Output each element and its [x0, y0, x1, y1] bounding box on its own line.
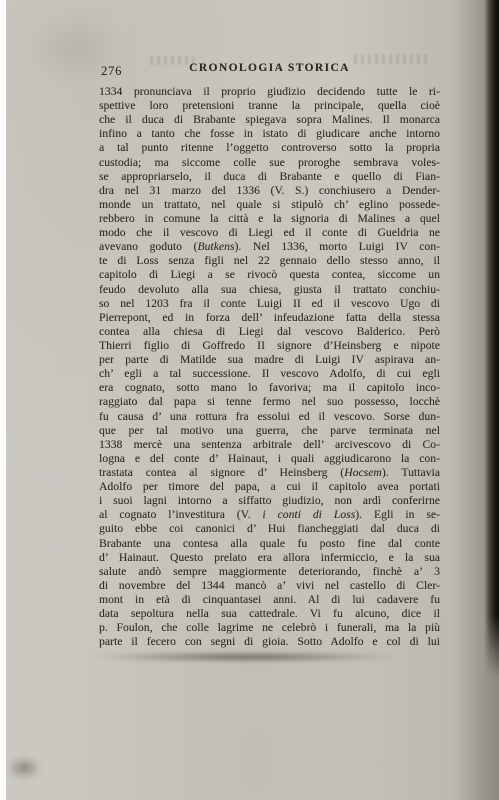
text-line: custodia; ma siccome colle sue proroghe …: [99, 156, 440, 170]
text-line: Adolfo per timore del papa, a cui il cap…: [99, 480, 440, 494]
text-line: logna e del conte d’ Hainaut, i quali ag…: [99, 452, 440, 466]
text-line: infino a tanto che fosse in istato di gi…: [99, 127, 440, 141]
text-line: salute andò sempre maggiormente deterior…: [99, 565, 440, 579]
text-line: Pierrepont, ed in forza dell’ infeudazio…: [99, 311, 440, 325]
text-line: so nel 1203 fra il conte Luigi II ed il …: [99, 297, 440, 311]
text-line: te di Loss senza figli nel 22 gennaio de…: [99, 254, 440, 268]
text-line: che il duca di Brabante spiegava sopra M…: [99, 113, 440, 127]
text-line: dra nel 31 marzo del 1336 (V. S.) conchi…: [99, 184, 440, 198]
text-line: raggiato dal papa si tenne fermo nel suo…: [99, 395, 440, 409]
text-line: era cognato, sotto mano lo favoriva; ma …: [99, 381, 440, 395]
text-line: guito ebbe coi canonici d’ Hui fianchegg…: [99, 522, 440, 536]
book-page-scan: 276 CRONOLOGIA STORICA 1334 pronunciava …: [0, 0, 499, 800]
text-line: p. Foulon, che colle lagrime ne celebrò …: [99, 621, 440, 635]
text-line: contea alla chiesa di Liegi dal vescovo …: [99, 325, 440, 339]
text-line: se appropriarselo, il duca di Brabante e…: [99, 170, 440, 184]
text-line: trastata contea al signore d’ Heinsberg …: [99, 466, 440, 480]
text-line: rebbero in comune la città e la signoria…: [99, 212, 440, 226]
book-spine-gutter: [484, 0, 499, 676]
text-line: que per tal motivo una guerra, che parve…: [99, 424, 440, 438]
text-line: 1334 pronunciava il proprio giudizio dec…: [99, 85, 440, 99]
text-line: al cognato l’investitura (V. i conti di …: [99, 508, 440, 522]
text-line: a tal punto ritenne l’oggetto controvers…: [99, 141, 440, 155]
text-line: fu causa d’ una rottura fra essolui ed i…: [99, 410, 440, 424]
text-line: monde un trattato, nel quale si stipulò …: [99, 198, 440, 212]
text-line: per parte di Matilde sua madre di Luigi …: [99, 353, 440, 367]
text-line: avevano goduto (Butkens). Nel 1336, mort…: [99, 240, 440, 254]
text-line: parte il fecero con segni di gioia. Sott…: [99, 635, 440, 649]
text-line: mont in età di cinquantasei anni. Al di …: [99, 593, 440, 607]
text-line: capitolo di Liegi a se rivocò questa con…: [99, 268, 440, 282]
ink-smudge: [92, 652, 398, 662]
text-line: Thierri figlio di Goffredo II signore d’…: [99, 339, 440, 353]
text-line: spettive loro pretensioni tranne la prin…: [99, 99, 440, 113]
text-line: ch’ egli a tal successione. Il vescovo A…: [99, 367, 440, 381]
page-number: 276: [101, 64, 122, 79]
text-line: Brabante una contesa alla quale fu posto…: [99, 537, 440, 551]
ink-smudge: [6, 756, 42, 780]
text-line: data sepoltura nella sua cattedrale. Vi …: [99, 607, 440, 621]
text-line: i suoi lagni intorno a siffatto giudizio…: [99, 494, 440, 508]
page-header: 276 CRONOLOGIA STORICA: [99, 62, 440, 78]
text-line: 1338 mercè una sentenza arbitrale dell’ …: [99, 438, 440, 452]
text-line: modo che il vescovo di Liegi ed il conte…: [99, 226, 440, 240]
text-line: di novembre del 1344 mancò a’ vivi nel c…: [99, 579, 440, 593]
text-line: feudo devoluto alla sua chiesa, giusta i…: [99, 283, 440, 297]
running-title: CRONOLOGIA STORICA: [99, 62, 440, 74]
body-text: 1334 pronunciava il proprio giudizio dec…: [99, 85, 440, 649]
text-line: d’ Hainaut. Questo prelato era allora in…: [99, 551, 440, 565]
